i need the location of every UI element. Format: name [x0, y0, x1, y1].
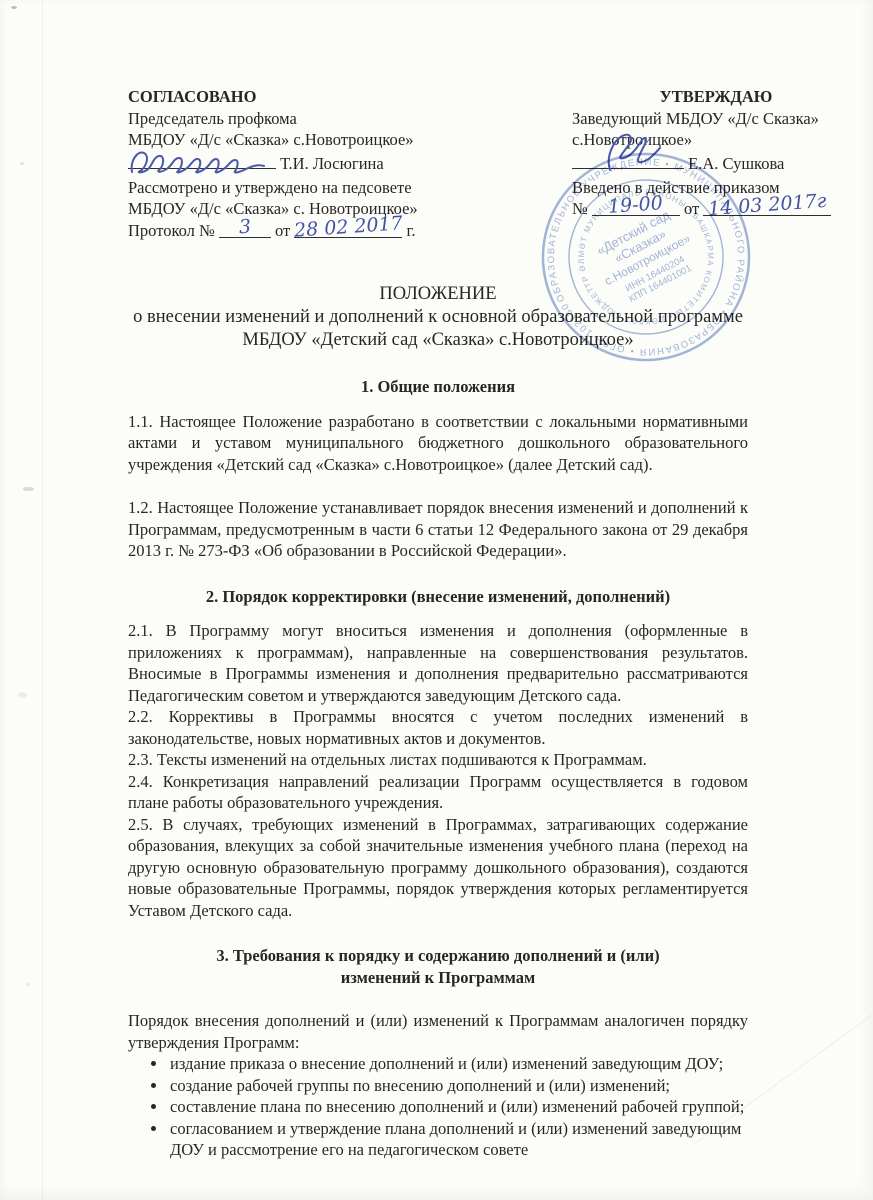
- approved-block: УТВЕРЖДАЮ Заведующий МБДОУ «Д/с Сказка» …: [572, 86, 860, 241]
- document-title: ПОЛОЖЕНИЕ о внесении изменений и дополне…: [128, 283, 748, 352]
- losyugina-signature: [128, 151, 276, 175]
- scan-speck: [20, 162, 24, 165]
- paragraph-2-5: 2.5. В случаях, требующих изменений в Пр…: [128, 814, 748, 922]
- bullet-item: составление плана по внесению дополнений…: [168, 1096, 748, 1118]
- approval-header: СОГЛАСОВАНО Председатель профкома МБДОУ …: [128, 86, 860, 241]
- scan-speck: [18, 692, 27, 698]
- document-page: СОГЛАСОВАНО Председатель профкома МБДОУ …: [0, 0, 873, 1200]
- paragraph-1-1: 1.1. Настоящее Положение разработано в с…: [128, 411, 748, 476]
- protocol-number-handwritten: 3: [238, 219, 251, 234]
- scan-crease-left: [42, 0, 43, 1200]
- agreed-block: СОГЛАСОВАНО Председатель профкома МБДОУ …: [128, 86, 496, 241]
- paragraph-2-4: 2.4. Конкретизация направлений реализаци…: [128, 771, 748, 814]
- section-2-heading: 2. Порядок корректировки (внесение измен…: [128, 586, 748, 608]
- sushkova-signature: [572, 151, 684, 175]
- section-3-heading: 3. Требования к порядку и содержанию доп…: [178, 945, 698, 988]
- approved-signature-line: Е.А. Сушкова: [572, 151, 860, 177]
- agreed-signed-name: Т.И. Лосюгина: [280, 154, 384, 173]
- protocol-number-blank: 3: [219, 220, 271, 238]
- protocol-date-handwritten: 28 02 2017: [294, 216, 404, 238]
- paragraph-1-2: 1.2. Настоящее Положение устанавливает п…: [128, 497, 748, 562]
- order-number-handwritten: 19-00: [608, 196, 664, 214]
- order-date-blank: 14 03 2017г: [703, 198, 831, 216]
- ot-label: от: [275, 221, 290, 240]
- agreed-signature-line: Т.И. Лосюгина: [128, 151, 496, 177]
- title-line-1: ПОЛОЖЕНИЕ: [128, 283, 748, 306]
- year-abbrev-label: г.: [407, 221, 416, 240]
- protocol-line: Протокол № 3 от 28 02 2017 г.: [128, 220, 496, 242]
- scan-speck: [23, 487, 34, 491]
- protocol-label: Протокол №: [128, 221, 215, 240]
- approved-label: УТВЕРЖДАЮ: [572, 86, 860, 108]
- title-line-3: МБДОУ «Детский сад «Сказка» с.Новотроицк…: [128, 329, 748, 352]
- protocol-date-blank: 28 02 2017: [294, 220, 402, 238]
- losyugina-signature-icon: [128, 144, 276, 178]
- ot-label: от: [684, 199, 699, 218]
- scan-speck: [11, 6, 17, 9]
- section-1-heading: 1. Общие положения: [128, 376, 748, 398]
- title-line-2: о внесении изменений и дополнений к осно…: [128, 306, 748, 329]
- agreed-line: МБДОУ «Д/с «Сказка» с. Новотроицкое»: [128, 198, 496, 220]
- agreed-line: Рассмотрено и утверждено на педсовете: [128, 177, 496, 199]
- approved-line: Заведующий МБДОУ «Д/с Сказка»: [572, 108, 860, 130]
- bullet-item: издание приказа о внесение дополнений и …: [168, 1053, 748, 1075]
- agreed-line: Председатель профкома: [128, 108, 496, 130]
- paragraph-2-1: 2.1. В Программу могут вноситься изменен…: [128, 620, 748, 706]
- order-line: № 19-00 от 14 03 2017г: [572, 198, 860, 220]
- bullet-item: согласованием и утверждение плана дополн…: [168, 1118, 748, 1161]
- section-3-bullet-list: издание приказа о внесение дополнений и …: [150, 1053, 748, 1161]
- order-date-handwritten: 14 03 2017г: [708, 194, 827, 216]
- section-3-intro: Порядок внесения дополнений и (или) изме…: [128, 1010, 748, 1053]
- paragraph-2-3: 2.3. Тексты изменений на отдельных листа…: [128, 749, 748, 771]
- agreed-label: СОГЛАСОВАНО: [128, 86, 496, 108]
- approved-signed-name: Е.А. Сушкова: [688, 154, 784, 173]
- scan-speck: [26, 983, 30, 986]
- paragraph-2-2: 2.2. Коррективы в Программы вносятся с у…: [128, 706, 748, 749]
- number-label: №: [572, 199, 588, 218]
- bullet-item: создание рабочей группы по внесению допо…: [168, 1075, 748, 1097]
- order-number-blank: 19-00: [592, 198, 680, 216]
- sushkova-signature-icon: [572, 130, 684, 176]
